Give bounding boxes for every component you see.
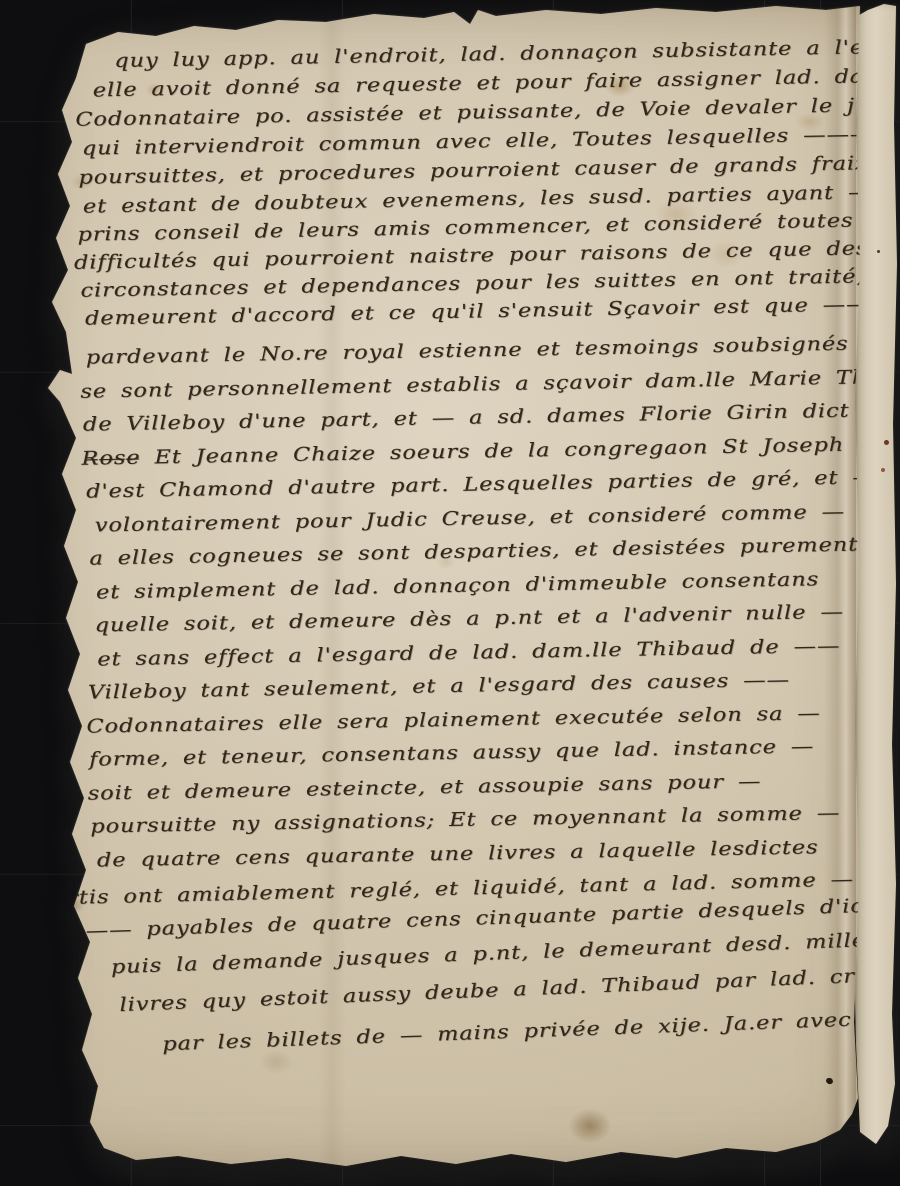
manuscript-line: quelle soit, et demeure dès a p.nt et a … bbox=[94, 603, 843, 637]
ink-speck bbox=[881, 468, 885, 472]
manuscript-page: quy luy app. au l'endroit, lad. donnaçon… bbox=[26, 2, 872, 1174]
handwritten-text-block: quy luy app. au l'endroit, lad. donnaçon… bbox=[15, 0, 882, 1182]
wax-speck bbox=[884, 440, 889, 445]
manuscript-line: par les billets de — mains privée de xij… bbox=[162, 1008, 900, 1055]
ink-speck bbox=[877, 250, 880, 253]
manuscript-line: Villeboy tant seulement, et a l'esgard d… bbox=[88, 671, 790, 704]
manuscript-line: de quatre cens quarante une livres a laq… bbox=[97, 838, 819, 871]
manuscript-line: d'est Chamond d'autre part. Lesquelles p… bbox=[86, 468, 876, 502]
manuscript-line: se sont personnellement establis a sçavo… bbox=[80, 367, 900, 403]
manuscript-line: volontairement pour Judic Creuse, et con… bbox=[95, 503, 845, 537]
manuscript-line: poursuitte ny assignations; Et ce moyenn… bbox=[90, 804, 840, 838]
manuscript-line: soit et demeure esteincte, et assoupie s… bbox=[88, 772, 762, 804]
manuscript-line: forme, et teneur, consentans aussy que l… bbox=[89, 737, 814, 770]
manuscript-line: et sans effect a l'esgard de lad. dam.ll… bbox=[97, 637, 840, 671]
manuscript-line: demeurent d'accord et ce qu'il s'ensuit … bbox=[85, 295, 870, 329]
manuscript-line: a elles cogneues se sont desparties, et … bbox=[89, 535, 858, 569]
photo-background: quy luy app. au l'endroit, lad. donnaçon… bbox=[0, 0, 900, 1186]
manuscript-line: R̶o̶s̶e̶ Et Jeanne Chaize soeurs de la c… bbox=[81, 436, 844, 470]
manuscript-sheet: quy luy app. au l'endroit, lad. donnaçon… bbox=[0, 0, 900, 1186]
manuscript-line: Codonnataires elle sera plainement execu… bbox=[86, 704, 821, 737]
manuscript-line: et simplement de lad. donnaçon d'immeubl… bbox=[96, 570, 819, 603]
manuscript-line: pardevant le No.re royal estienne et tes… bbox=[86, 335, 849, 369]
manuscript-line: de Villeboy d'une part, et — a sd. dames… bbox=[83, 402, 850, 436]
